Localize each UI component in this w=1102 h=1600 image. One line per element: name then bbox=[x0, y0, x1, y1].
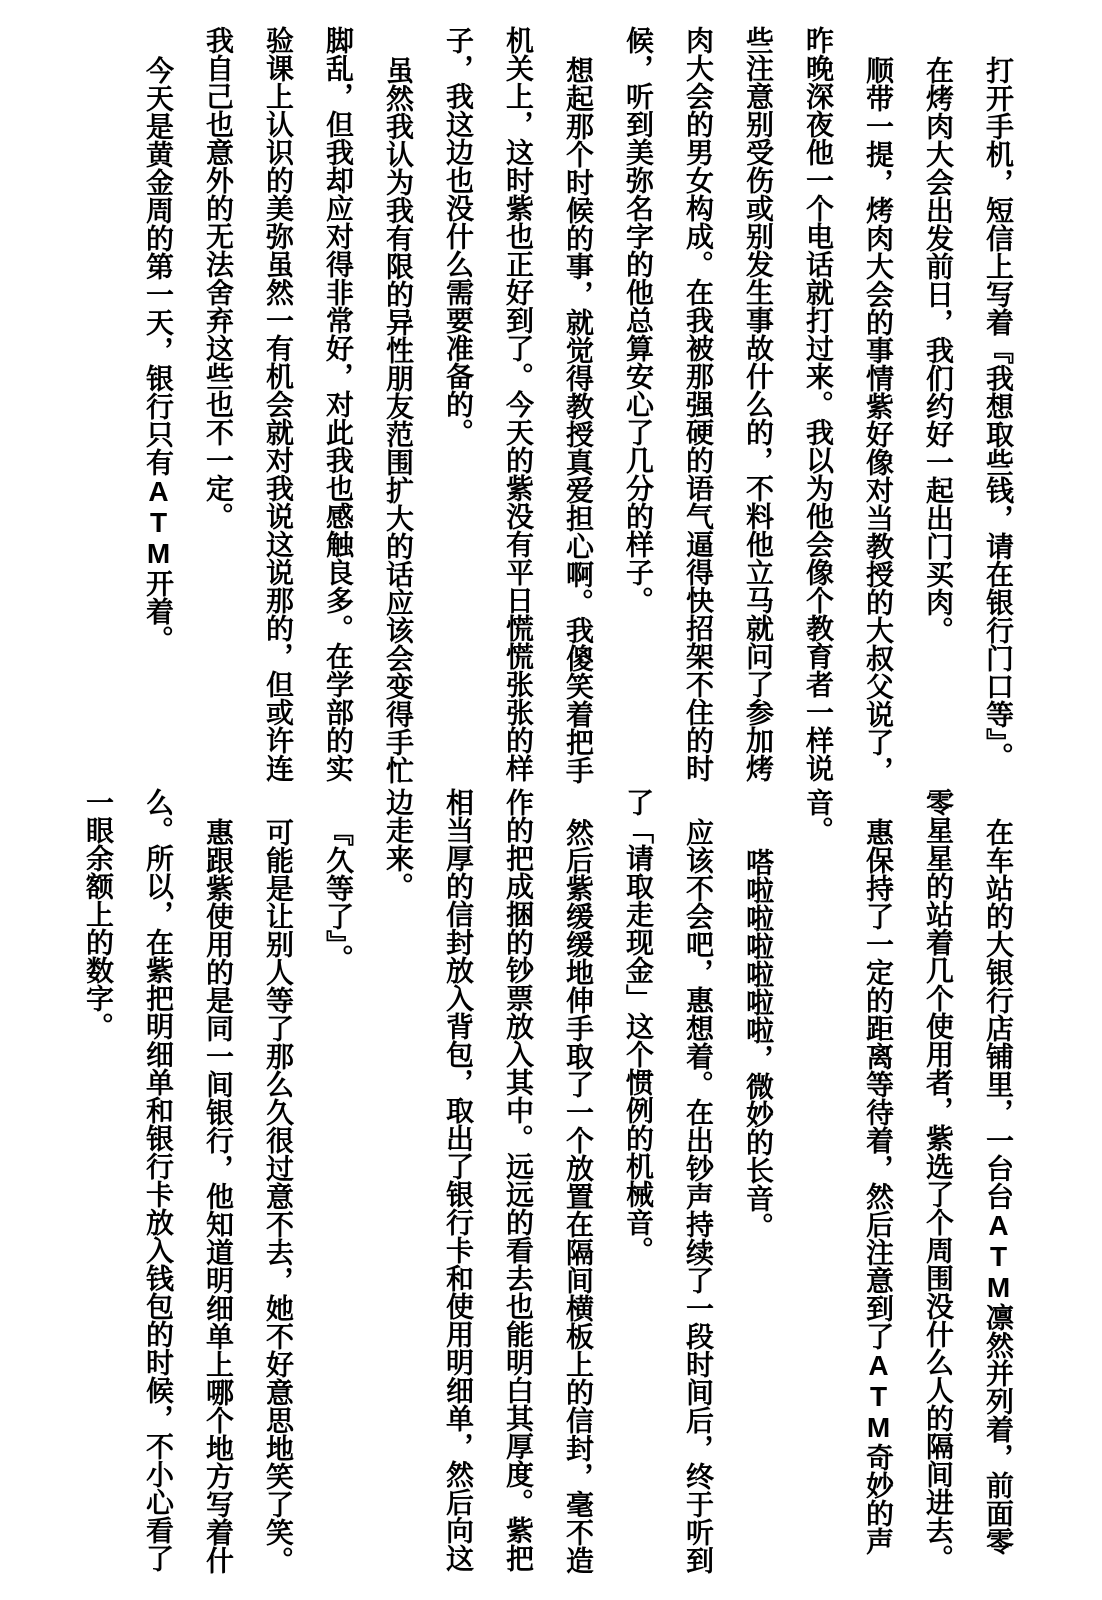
paragraph: 可能是让别人等了那么久很过意不去，她不好意思地笑了笑。 bbox=[248, 788, 308, 1574]
paragraph: 打开手机，短信上写着『我想取些钱，请在银行门口等』。 bbox=[968, 26, 1028, 786]
paragraph: 惠跟紫使用的是同一间银行，他知道明细单上哪个地方写着什么。所以，在紫把明细单和银… bbox=[68, 788, 248, 1574]
paragraph-onomatopoeia: 嗒啦啦啦啦啦啦，微妙的长音。 bbox=[728, 788, 788, 1574]
paragraph: 惠保持了一定的距离等待着，然后注意到了ATM奇妙的声音。 bbox=[788, 788, 908, 1574]
text-section-top: 打开手机，短信上写着『我想取些钱，请在银行门口等』。 在烤肉大会出发前日，我们约… bbox=[128, 26, 1028, 786]
paragraph: 想起那个时候的事，就觉得教授真爱担心啊。我傻笑着把手机关上，这时紫也正好到了。今… bbox=[428, 26, 608, 786]
paragraph: 在烤肉大会出发前日，我们约好一起出门买肉。 bbox=[908, 26, 968, 786]
paragraph: 然后紫缓缓地伸手取了一个放置在隔间横板上的信封，毫不造作的把成捆的钞票放入其中。… bbox=[368, 788, 608, 1574]
paragraph: 虽然我认为我有限的异性朋友范围扩大的话应该会变得手忙脚乱，但我却应对得非常好，对… bbox=[188, 26, 428, 786]
paragraph: 今天是黄金周的第一天，银行只有ATM开着。 bbox=[128, 26, 188, 786]
paragraph: 在车站的大银行店铺里，一台台ATM凛然并列着，前面零零星星的站着几个使用者，紫选… bbox=[908, 788, 1028, 1574]
text-section-bottom: 在车站的大银行店铺里，一台台ATM凛然并列着，前面零零星星的站着几个使用者，紫选… bbox=[68, 788, 1028, 1574]
novel-text-page: 打开手机，短信上写着『我想取些钱，请在银行门口等』。 在烤肉大会出发前日，我们约… bbox=[0, 0, 1102, 1600]
paragraph: 顺带一提，烤肉大会的事情紫好像对当教授的大叔父说了，昨晚深夜他一个电话就打过来。… bbox=[608, 26, 908, 786]
paragraph: 应该不会吧，惠想着。在出钞声持续了一段时间后，终于听到了「请取走现金」这个惯例的… bbox=[608, 788, 728, 1574]
paragraph-dialogue: 『久等了』。 bbox=[308, 788, 368, 1574]
